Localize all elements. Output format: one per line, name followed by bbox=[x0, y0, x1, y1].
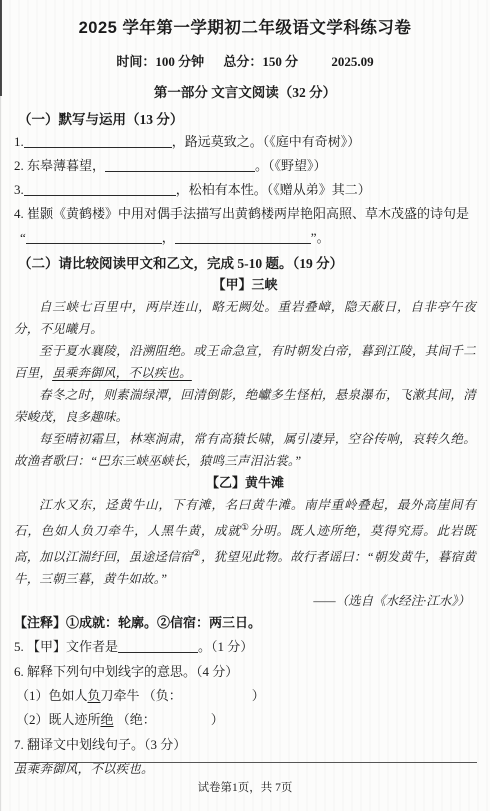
question-1-blank bbox=[24, 134, 172, 148]
passage-jia-paragraph-1: 自三峡七百里中，两岸连山，略无阙处。重岩叠嶂，隐天蔽日，自非亭午夜分，不见曦月。 bbox=[14, 296, 476, 340]
jia-p2-underlined-sentence: 虽乘奔御风，不以疾也。 bbox=[52, 366, 192, 380]
question-1-text: ，路远莫致之。（《庭中有奇树》） bbox=[172, 134, 361, 149]
question-6-stem: 6. 解释下列句中划线字的意思。（4 分） bbox=[14, 659, 476, 684]
question-5-text-post: 。（1 分） bbox=[198, 639, 253, 654]
section1-heading: （一）默写与运用（13 分） bbox=[14, 110, 476, 130]
passage-yi-title: 【乙】黄牛滩 bbox=[14, 472, 476, 494]
question-4-blank1 bbox=[26, 230, 162, 244]
question-3: 3.，松柏有本性。（《赠从弟》其二） bbox=[14, 178, 476, 202]
exam-paper-page: 2025 学年第一学期初二年级语文学科练习卷 时间：100 分钟 总分：150 … bbox=[0, 0, 490, 811]
question-2-blank bbox=[105, 158, 255, 172]
passage-jia-paragraph-3: 春冬之时，则素湍绿潭，回清倒影，绝巘多生怪柏，悬泉瀑布，飞漱其间，清荣峻茂，良多… bbox=[14, 384, 476, 428]
question-3-text: ，松柏有本性。（《赠从弟》其二） bbox=[176, 182, 371, 197]
question-4-line1: 4. 崔颢《黄鹤楼》中用对偶手法描写出黄鹤楼两岸艳阳高照、草木茂盛的诗句是 bbox=[14, 202, 476, 226]
question-2: 2. 东皋薄暮望，。（《野望》） bbox=[14, 154, 476, 178]
question-5-text-pre: 5. 【甲】文作者是 bbox=[14, 639, 118, 654]
question-5-blank bbox=[118, 639, 198, 653]
question-7-target-sentence: 虽乘奔御风，不以疾也。 bbox=[14, 757, 476, 781]
passage-jia-paragraph-4: 每至晴初霜旦，林寒涧肃，常有高猿长啸，属引凄异，空谷传响，哀转久绝。故渔者歌曰：… bbox=[14, 428, 476, 472]
passage-jia-title: 【甲】三峡 bbox=[14, 274, 476, 296]
exam-meta: 时间：100 分钟 总分：150 分 2025.09 bbox=[14, 51, 476, 70]
q6-item2-underlined-char: 绝 bbox=[101, 712, 114, 727]
question-3-number: 3. bbox=[14, 182, 24, 197]
yi-footnote-marker-2: ② bbox=[193, 548, 201, 558]
yi-footnote-marker-1: ① bbox=[241, 522, 250, 532]
passage-source-citation: ——（选自《水经注·江水》） bbox=[14, 590, 476, 612]
question-4-close-quote: ”。 bbox=[311, 230, 330, 245]
scan-edge-shadow bbox=[0, 0, 1, 811]
footer-divider bbox=[14, 762, 477, 763]
passage-yi-paragraph-1: 江水又东，迳黄牛山，下有滩，名曰黄牛滩。南岸重岭叠起，最外高崖间有石，色如人负刀… bbox=[14, 494, 476, 590]
question-4-comma: ， bbox=[162, 230, 175, 245]
part1-heading: 第一部分 文言文阅读（32 分） bbox=[14, 81, 476, 101]
q6-item2-mid: （绝： bbox=[114, 712, 156, 727]
q6-item2-pre: （2）既人迹所 bbox=[16, 712, 101, 727]
passage-jia-paragraph-2: 至于夏水襄陵，沿溯阻绝。或王命急宣，有时朝发白帝，暮到江陵，其间千二百里，虽乘奔… bbox=[14, 340, 476, 384]
question-6-item-1: （1）色如人负刀牵牛 （负：） bbox=[14, 684, 476, 708]
question-2-text-post: 。（《野望》） bbox=[255, 158, 327, 173]
page-title: 2025 学年第一学期初二年级语文学科练习卷 bbox=[14, 14, 476, 38]
q6-item2-close: ） bbox=[211, 712, 224, 727]
footnotes: 【注释】①成就：轮廓。②信宿：两三日。 bbox=[14, 612, 476, 634]
section2-heading: （二）请比较阅读甲文和乙文，完成 5-10 题。（19 分） bbox=[14, 254, 476, 274]
question-5: 5. 【甲】文作者是。（1 分） bbox=[14, 634, 476, 659]
question-2-text-pre: 2. 东皋薄暮望， bbox=[14, 158, 105, 173]
question-4-blank2 bbox=[175, 230, 311, 244]
question-6-item-2: （2）既人迹所绝 （绝：） bbox=[14, 708, 476, 732]
q6-item1-close: ） bbox=[252, 688, 265, 703]
page-number-footer: 试卷第1页，共 7页 bbox=[0, 779, 490, 795]
question-1: 1.，路远莫致之。（《庭中有奇树》） bbox=[14, 130, 476, 154]
q6-item1-pre: （1）色如人 bbox=[16, 688, 88, 703]
question-1-number: 1. bbox=[14, 134, 24, 149]
question-3-blank bbox=[24, 182, 176, 196]
time-limit: 时间：100 分钟 bbox=[116, 54, 204, 69]
q6-item1-underlined-char: 负 bbox=[88, 688, 101, 703]
q6-item1-mid: 刀牵牛 （负： bbox=[101, 688, 182, 703]
total-score: 总分：150 分 bbox=[223, 54, 298, 69]
question-4-line2: “，”。 bbox=[14, 226, 476, 250]
question-7-stem: 7. 翻译文中划线句子。（3 分） bbox=[14, 732, 476, 757]
exam-date: 2025.09 bbox=[331, 54, 373, 69]
